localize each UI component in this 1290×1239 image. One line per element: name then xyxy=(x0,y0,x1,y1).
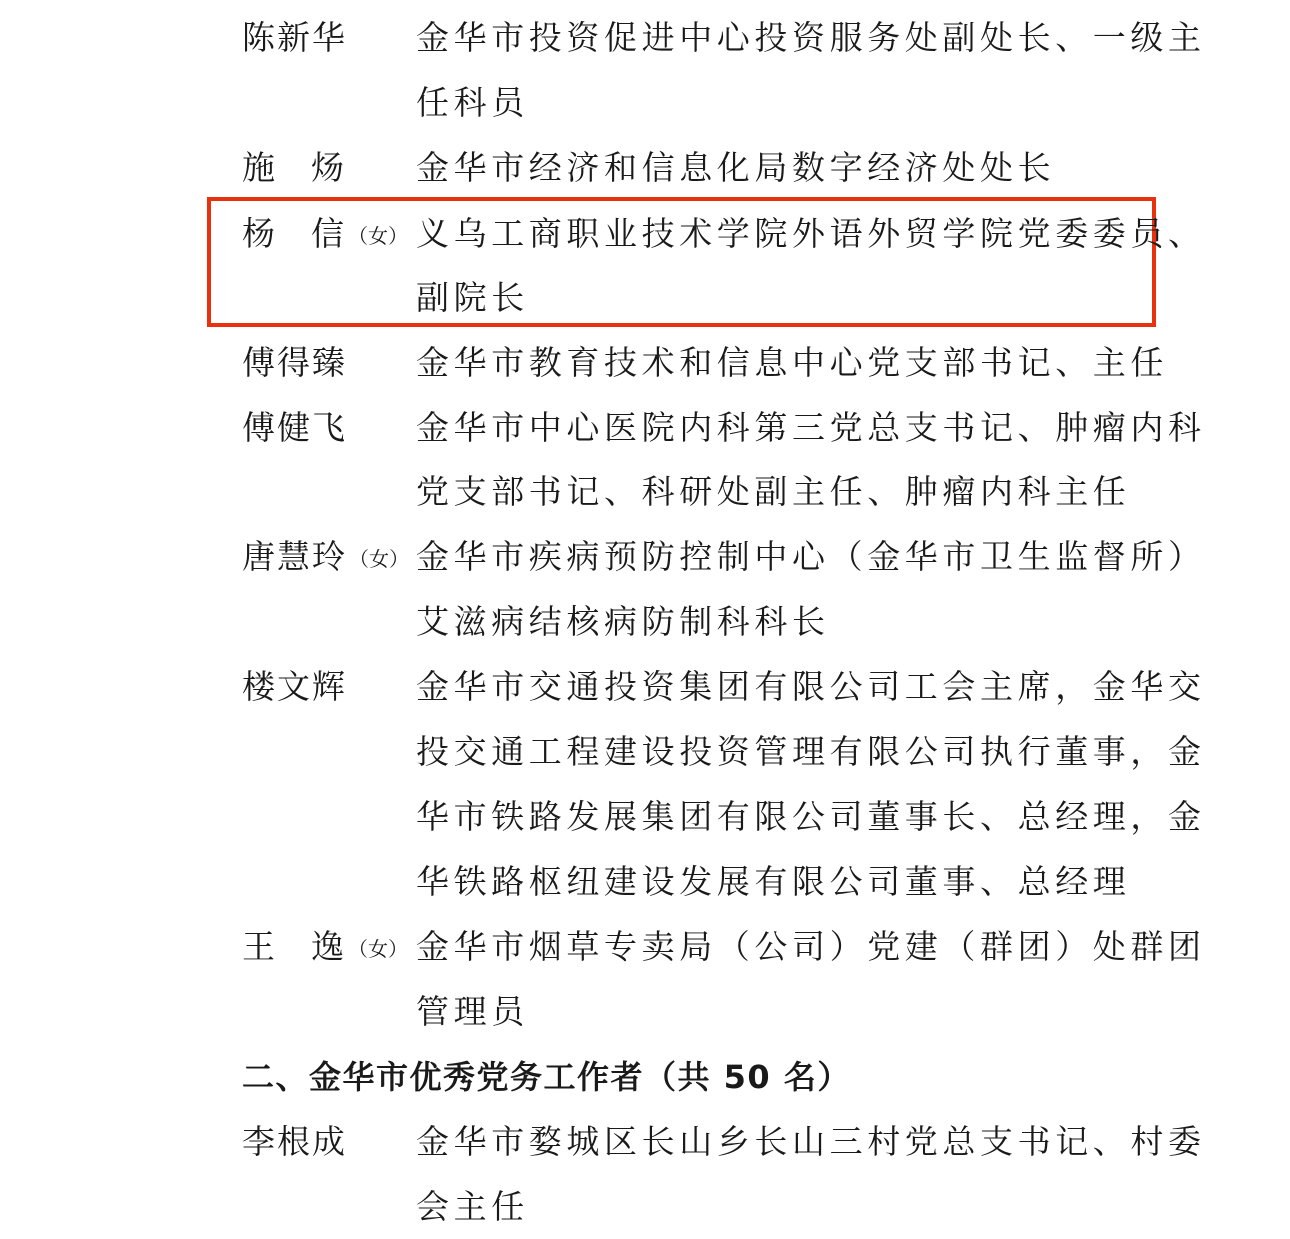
person-name: 傅得臻 xyxy=(242,343,347,383)
person-description-line: 华铁路枢纽建设发展有限公司董事、总经理 xyxy=(416,862,1130,902)
female-marker: （女） xyxy=(348,224,408,248)
female-marker: （女） xyxy=(348,937,408,961)
person-name-part: 逸 xyxy=(311,927,346,966)
person-name: 傅健飞 xyxy=(242,408,347,448)
person-description-line: 金华市烟草专卖局（公司）党建（群团）处群团 xyxy=(416,927,1206,967)
person-name: 楼文辉 xyxy=(242,667,347,707)
person-name: 杨信（女） xyxy=(242,214,408,256)
person-description-line: 管理员 xyxy=(416,992,529,1032)
person-description-line: 会主任 xyxy=(416,1187,529,1227)
person-name-part: 炀 xyxy=(311,148,346,187)
person-description-line: 投交通工程建设投资管理有限公司执行董事，金 xyxy=(416,732,1206,772)
person-description-line: 金华市经济和信息化局数字经济处处长 xyxy=(416,148,1055,188)
person-name-part: 王 xyxy=(242,927,277,966)
document-page: 陈新华 金华市投资促进中心投资服务处副处长、一级主 任科员 施炀 金华市经济和信… xyxy=(0,0,1290,1239)
person-name: 陈新华 xyxy=(242,18,347,58)
person-description-line: 金华市投资促进中心投资服务处副处长、一级主 xyxy=(416,18,1206,58)
person-description-line: 金华市婺城区长山乡长山三村党总支书记、村委 xyxy=(416,1122,1206,1162)
person-description-line: 艾滋病结核病防制科科长 xyxy=(416,602,830,642)
person-description-line: 华市铁路发展集团有限公司董事长、总经理，金 xyxy=(416,797,1206,837)
person-description-line: 副院长 xyxy=(416,278,529,318)
person-name: 王逸（女） xyxy=(242,927,408,969)
person-name-part: 杨 xyxy=(242,214,277,253)
female-marker: （女） xyxy=(349,547,409,571)
section-heading: 二、金华市优秀党务工作者（共 50 名） xyxy=(242,1057,851,1097)
person-description-line: 党支部书记、科研处副主任、肿瘤内科主任 xyxy=(416,472,1130,512)
person-name-part: 信 xyxy=(311,214,346,253)
person-description-line: 金华市中心医院内科第三党总支书记、肿瘤内科 xyxy=(416,408,1206,448)
person-name: 施炀 xyxy=(242,148,346,188)
person-description-line: 金华市教育技术和信息中心党支部书记、主任 xyxy=(416,343,1168,383)
person-description-line: 任科员 xyxy=(416,83,529,123)
person-description-line: 义乌工商职业技术学院外语外贸学院党委委员、 xyxy=(416,214,1206,254)
person-name-part: 唐慧玲 xyxy=(242,537,347,576)
person-name: 李根成 xyxy=(242,1122,347,1162)
person-name: 唐慧玲（女） xyxy=(242,537,409,579)
person-description-line: 金华市疾病预防控制中心（金华市卫生监督所） xyxy=(416,537,1206,577)
person-name-part: 施 xyxy=(242,148,277,187)
person-description-line: 金华市交通投资集团有限公司工会主席，金华交 xyxy=(416,667,1206,707)
